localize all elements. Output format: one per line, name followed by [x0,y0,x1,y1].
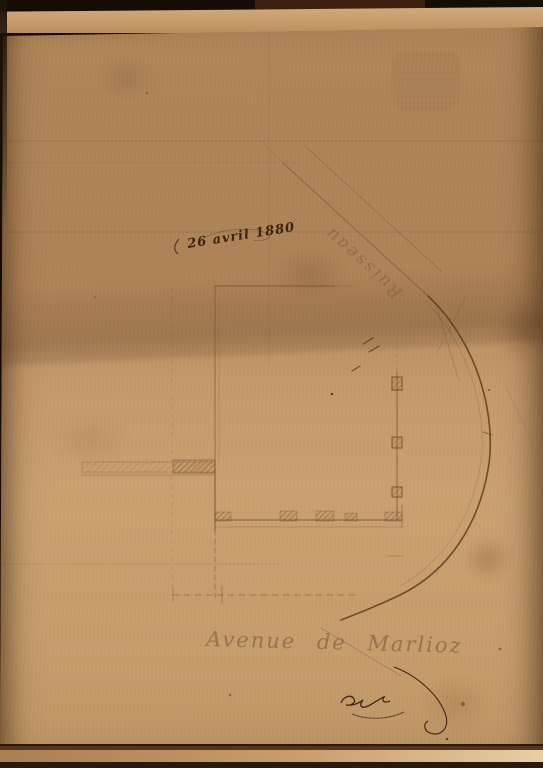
faint-annotation [437,296,466,354]
avenue-label: Avenue de Marlioz [204,627,463,676]
binding-edge-left [0,0,7,230]
paper-specks [94,92,501,706]
date-flourish [175,239,179,254]
date-annotation: 26 avril 1880 [175,220,297,254]
building-outline [82,286,403,758]
signature-flourish [341,667,448,740]
plan-drawing: 26 avril 1880 Ruisseau Avenue de Marlioz [0,0,543,768]
road-label-text: Ruisseau [320,222,407,303]
underlying-page-bottom [0,744,543,768]
avenue-label-text: Avenue de Marlioz [204,627,463,658]
underlying-page-strip [0,750,543,762]
date-text: 26 avril 1880 [185,220,296,252]
scanned-plan-photo: 26 avril 1880 Ruisseau Avenue de Marlioz [0,0,543,768]
